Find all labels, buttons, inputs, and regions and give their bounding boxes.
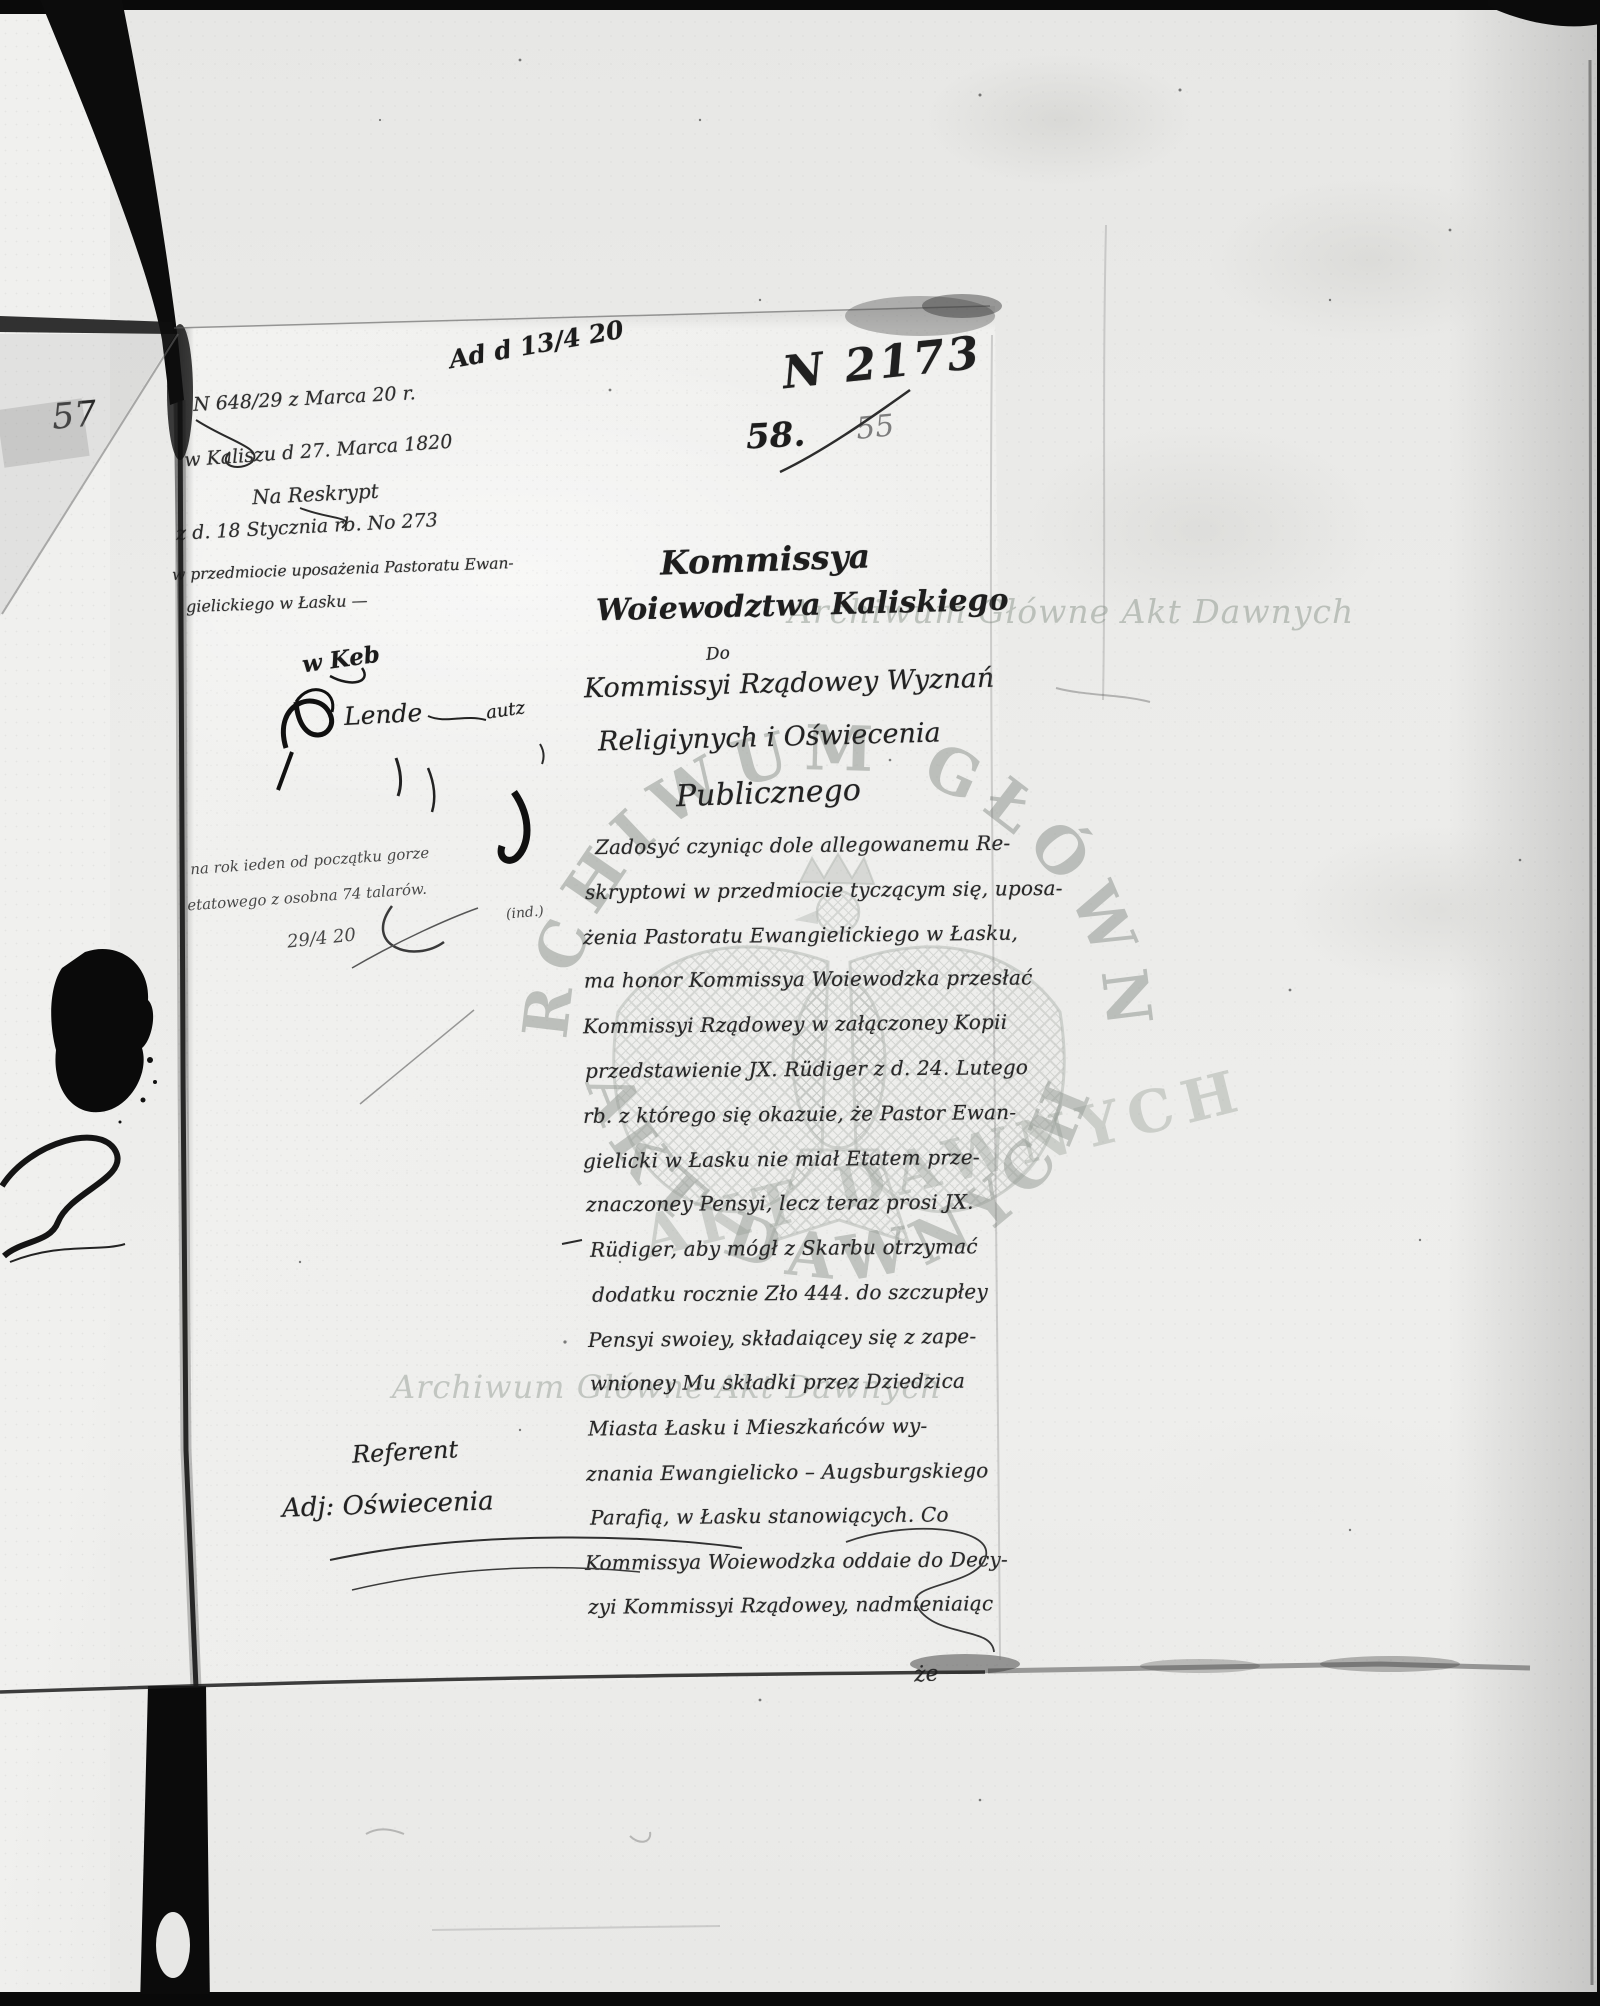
referent-label: Referent xyxy=(351,1435,458,1469)
body-line: znania Ewangielicko – Augsburgskiego xyxy=(586,1458,989,1486)
body-line: Kommissyi Rządowey w załączoney Kopii xyxy=(583,1010,1007,1038)
body-line: rb. z którego się okazuie, że Pastor Ewa… xyxy=(583,1100,1016,1128)
pencil-note-line: (ind.) xyxy=(505,903,544,922)
body-line: dodatku rocznie Zło 444. do szczupłey xyxy=(592,1279,988,1306)
body-line: Zadosyć czyniąc dole allegowanemu Re- xyxy=(595,831,1011,859)
catchword: że xyxy=(913,1661,939,1687)
archival-scan: Archiwum Główne Akt Dawnych Archiwum Głó… xyxy=(0,0,1600,2006)
body-line: znaczoney Pensyi, lecz teraz prosi JX. xyxy=(586,1190,974,1217)
recipient-line: Publicznego xyxy=(675,773,861,814)
body-line: Kommissya Woiewodzka oddaie do Decy- xyxy=(585,1547,1008,1575)
body-line: skryptowi w przedmiocie tyczącym się, up… xyxy=(585,876,1063,904)
body-line: Rüdiger, aby mógł z Skarbu otrzymać xyxy=(590,1234,978,1261)
body-line: Parafią, w Łasku stanowiących. Co xyxy=(590,1502,949,1529)
body-line: Miasta Łasku i Mieszkańców wy- xyxy=(588,1414,928,1441)
document-sheet xyxy=(170,300,1015,1695)
crossed-out-folio-number: 55 xyxy=(854,408,896,447)
sender-line: Kommissya xyxy=(659,536,870,582)
official-signature: Lende xyxy=(343,698,423,731)
body-line: wnioney Mu składki przez Dziedzica xyxy=(590,1369,965,1396)
body-line: Pensyi swoiey, składaiącey się z zape- xyxy=(588,1324,977,1352)
body-line: przedstawienie JX. Rüdiger z d. 24. Lute… xyxy=(585,1055,1028,1083)
to-word: Do xyxy=(705,643,730,665)
body-line: żenia Pastoratu Ewangielickiego w Łasku, xyxy=(583,921,1018,950)
previous-folio-number: 57 xyxy=(50,394,98,438)
body-line: zyi Kommissyi Rządowey, nadmieniaiąc xyxy=(588,1591,994,1619)
folio-number: 58. xyxy=(745,414,806,457)
body-line: ma honor Kommissya Woiewodzka przesłać xyxy=(584,965,1033,992)
body-line: gielicki w Łasku nie miał Etatem prze- xyxy=(583,1145,980,1173)
